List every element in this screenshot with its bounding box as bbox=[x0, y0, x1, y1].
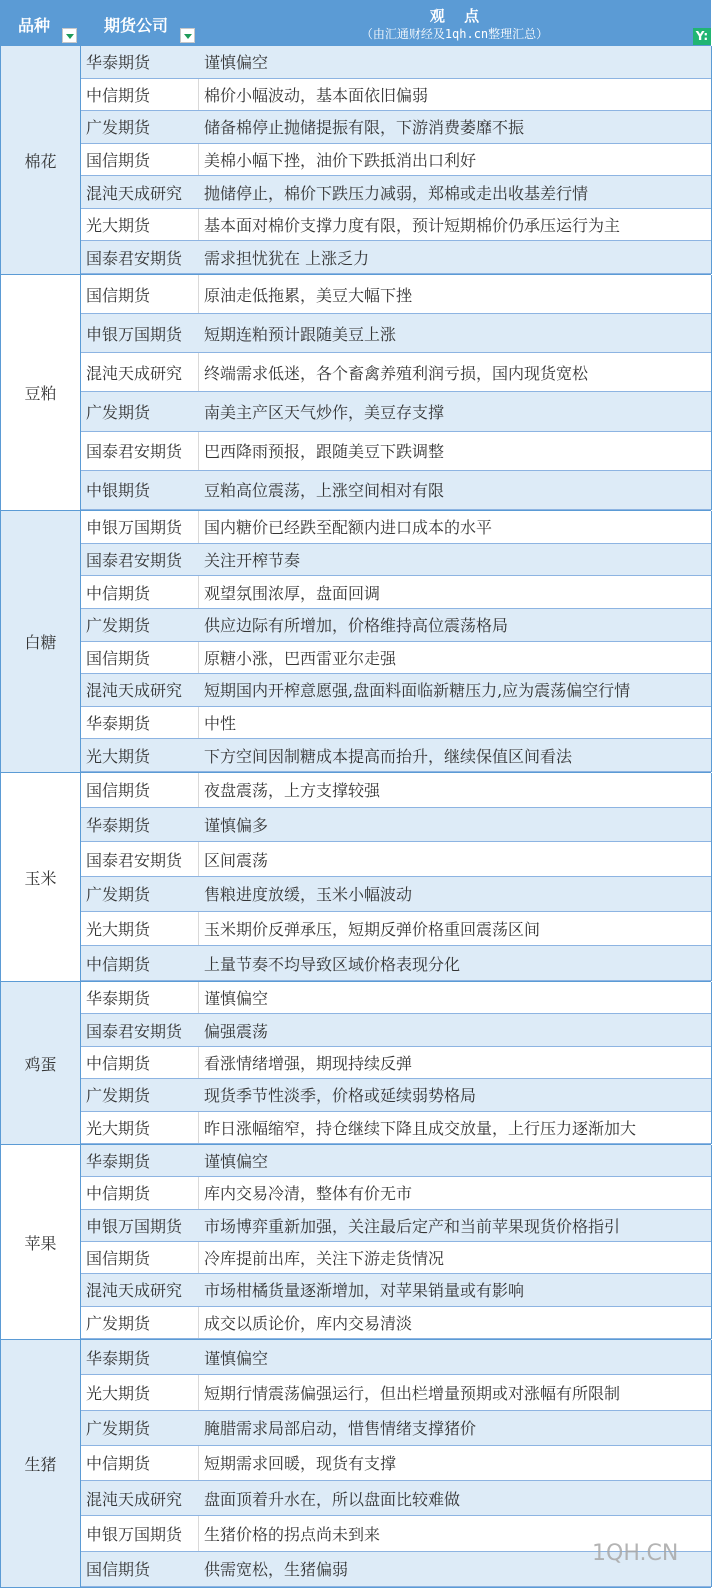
table-row: 混沌天成研究终端需求低迷，各个畜禽养殖利润亏损，国内现货宽松 bbox=[81, 353, 711, 392]
company-cell[interactable]: 国信期货 bbox=[81, 773, 199, 807]
table-header: 品种 期货公司 观 点 （由汇通财经及1qh.cn整理汇总） Y: bbox=[0, 0, 711, 45]
header-company: 期货公司 bbox=[80, 0, 198, 45]
opinion-cell[interactable]: 观望氛围浓厚，盘面回调 bbox=[199, 581, 380, 604]
category-cell[interactable]: 白糖 bbox=[1, 511, 81, 772]
company-cell[interactable]: 申银万国期货 bbox=[81, 1210, 199, 1241]
header-category-label: 品种 bbox=[18, 13, 50, 36]
company-cell[interactable]: 中信期货 bbox=[81, 79, 199, 111]
opinion-cell[interactable]: 短期需求回暖，现货有支撑 bbox=[199, 1451, 396, 1474]
opinion-cell[interactable]: 短期国内开榨意愿强,盘面料面临新糖压力,应为震荡偏空行情 bbox=[199, 678, 630, 701]
table-row: 广发期货腌腊需求局部启动，惜售情绪支撑猪价 bbox=[81, 1411, 711, 1446]
category-group: 白糖申银万国期货国内糖价已经跌至配额内进口成本的水平国泰君安期货关注开榨节奏中信… bbox=[0, 510, 711, 772]
watermark: 1QH.CN bbox=[592, 1541, 678, 1566]
opinion-cell[interactable]: 玉米期价反弹承压，短期反弹价格重回震荡区间 bbox=[199, 917, 540, 940]
company-cell[interactable]: 国泰君安期货 bbox=[81, 544, 199, 576]
category-rows: 华泰期货谨慎偏空中信期货库内交易冷清，整体有价无市申银万国期货市场博弈重新加强，… bbox=[81, 1145, 712, 1339]
company-cell[interactable]: 中信期货 bbox=[81, 1177, 199, 1208]
table-row: 混沌天成研究盘面顶着升水在，所以盘面比较难做 bbox=[81, 1481, 711, 1516]
opinion-cell[interactable]: 售粮进度放缓，玉米小幅波动 bbox=[199, 882, 412, 905]
table-row: 国泰君安期货偏强震荡 bbox=[81, 1014, 711, 1046]
company-cell[interactable]: 光大期货 bbox=[81, 1375, 199, 1409]
table-row: 中信期货短期需求回暖，现货有支撑 bbox=[81, 1446, 711, 1481]
table-row: 混沌天成研究短期国内开榨意愿强,盘面料面临新糖压力,应为震荡偏空行情 bbox=[81, 674, 711, 707]
table-row: 华泰期货谨慎偏空 bbox=[81, 46, 711, 79]
opinion-cell[interactable]: 盘面顶着升水在，所以盘面比较难做 bbox=[199, 1487, 460, 1510]
category-rows: 国信期货夜盘震荡，上方支撑较强华泰期货谨慎偏多国泰君安期货区间震荡广发期货售粮进… bbox=[81, 773, 712, 981]
table-row: 广发期货现货季节性淡季，价格或延续弱势格局 bbox=[81, 1079, 711, 1111]
company-cell[interactable]: 光大期货 bbox=[81, 1112, 199, 1143]
company-cell[interactable]: 华泰期货 bbox=[81, 1340, 199, 1374]
table-row: 光大期货下方空间因制糖成本提高而抬升，继续保值区间看法 bbox=[81, 739, 711, 772]
table-row: 国信期货夜盘震荡，上方支撑较强 bbox=[81, 773, 711, 808]
opinion-cell[interactable]: 抛储停止，棉价下跌压力减弱，郑棉或走出收基差行情 bbox=[199, 181, 588, 204]
table-row: 国泰君安期货关注开榨节奏 bbox=[81, 544, 711, 577]
opinion-cell[interactable]: 原油走低拖累，美豆大幅下挫 bbox=[199, 283, 412, 306]
company-cell[interactable]: 广发期货 bbox=[81, 1411, 199, 1445]
table-row: 申银万国期货市场博弈重新加强，关注最后定产和当前苹果现货价格指引 bbox=[81, 1210, 711, 1242]
table-row: 中信期货棉价小幅波动，基本面依旧偏弱 bbox=[81, 79, 711, 112]
company-cell[interactable]: 广发期货 bbox=[81, 111, 199, 143]
opinion-cell[interactable]: 谨慎偏空 bbox=[199, 1346, 268, 1369]
company-cell[interactable]: 华泰期货 bbox=[81, 808, 199, 842]
category-cell[interactable]: 豆粕 bbox=[1, 275, 81, 510]
company-cell[interactable]: 中信期货 bbox=[81, 1047, 199, 1078]
opinion-cell[interactable]: 市场博弈重新加强，关注最后定产和当前苹果现货价格指引 bbox=[199, 1214, 620, 1237]
company-cell[interactable]: 广发期货 bbox=[81, 609, 199, 641]
opinion-cell[interactable]: 成交以质论价，库内交易清淡 bbox=[199, 1311, 412, 1334]
category-cell[interactable]: 苹果 bbox=[1, 1145, 81, 1339]
header-opinion: 观 点 （由汇通财经及1qh.cn整理汇总） Y: bbox=[198, 0, 711, 45]
company-cell[interactable]: 华泰期货 bbox=[81, 707, 199, 739]
opinion-cell[interactable]: 短期连粕预计跟随美豆上涨 bbox=[199, 322, 396, 345]
opinion-cell[interactable]: 巴西降雨预报，跟随美豆下跌调整 bbox=[199, 439, 444, 462]
company-cell[interactable]: 国泰君安期货 bbox=[81, 1014, 199, 1045]
company-cell[interactable]: 中信期货 bbox=[81, 946, 199, 980]
category-filter-dropdown-icon[interactable] bbox=[62, 28, 77, 43]
table-row: 申银万国期货短期连粕预计跟随美豆上涨 bbox=[81, 314, 711, 353]
company-cell[interactable]: 国信期货 bbox=[81, 275, 199, 313]
company-cell[interactable]: 广发期货 bbox=[81, 392, 199, 430]
company-cell[interactable]: 华泰期货 bbox=[81, 46, 199, 78]
opinion-cell[interactable]: 美棉小幅下挫，油价下跌抵消出口利好 bbox=[199, 148, 476, 171]
table-row: 华泰期货中性 bbox=[81, 707, 711, 740]
company-cell[interactable]: 光大期货 bbox=[81, 912, 199, 946]
opinion-cell[interactable]: 谨慎偏空 bbox=[199, 50, 268, 73]
company-cell[interactable]: 混沌天成研究 bbox=[81, 1481, 199, 1515]
opinion-cell[interactable]: 供应边际有所增加，价格维持高位震荡格局 bbox=[199, 613, 508, 636]
company-cell[interactable]: 光大期货 bbox=[81, 739, 199, 771]
table-row: 光大期货昨日涨幅缩窄，持仓继续下降且成交放量，上行压力逐渐加大 bbox=[81, 1112, 711, 1144]
opinion-cell[interactable]: 基本面对棉价支撑力度有限，预计短期棉价仍承压运行为主 bbox=[199, 213, 620, 236]
category-group: 豆粕国信期货原油走低拖累，美豆大幅下挫申银万国期货短期连粕预计跟随美豆上涨混沌天… bbox=[0, 274, 711, 510]
table-row: 混沌天成研究抛储停止，棉价下跌压力减弱，郑棉或走出收基差行情 bbox=[81, 176, 711, 209]
company-cell[interactable]: 广发期货 bbox=[81, 1307, 199, 1338]
company-cell[interactable]: 国信期货 bbox=[81, 144, 199, 176]
table-row: 国泰君安期货区间震荡 bbox=[81, 842, 711, 877]
opinion-cell[interactable]: 短期行情震荡偏强运行，但出栏增量预期或对涨幅有所限制 bbox=[199, 1381, 620, 1404]
table-row: 光大期货短期行情震荡偏强运行，但出栏增量预期或对涨幅有所限制 bbox=[81, 1375, 711, 1410]
opinion-cell[interactable]: 谨慎偏多 bbox=[199, 813, 268, 836]
opinion-cell[interactable]: 冷库提前出库，关注下游走货情况 bbox=[199, 1246, 444, 1269]
table-row: 华泰期货谨慎偏空 bbox=[81, 982, 711, 1014]
opinion-cell[interactable]: 夜盘震荡，上方支撑较强 bbox=[199, 778, 380, 801]
opinion-cell[interactable]: 供需宽松，生猪偏弱 bbox=[199, 1557, 348, 1580]
table-row: 混沌天成研究市场柑橘货量逐渐增加，对苹果销量或有影响 bbox=[81, 1274, 711, 1306]
table-row: 华泰期货谨慎偏空 bbox=[81, 1340, 711, 1375]
opinion-cell[interactable]: 偏强震荡 bbox=[199, 1019, 268, 1042]
header-company-label: 期货公司 bbox=[104, 13, 168, 36]
header-opinion-title: 观 点 bbox=[198, 5, 711, 26]
opinion-cell[interactable]: 下方空间因制糖成本提高而抬升，继续保值区间看法 bbox=[199, 744, 572, 767]
opinion-cell[interactable]: 上量节奏不均导致区域价格表现分化 bbox=[199, 952, 460, 975]
category-rows: 国信期货原油走低拖累，美豆大幅下挫申银万国期货短期连粕预计跟随美豆上涨混沌天成研… bbox=[81, 275, 712, 510]
table-row: 国信期货冷库提前出库，关注下游走货情况 bbox=[81, 1242, 711, 1274]
active-filter-icon[interactable]: Y: bbox=[693, 28, 711, 45]
table-row: 中信期货看涨情绪增强，期现持续反弹 bbox=[81, 1047, 711, 1079]
company-cell[interactable]: 申银万国期货 bbox=[81, 1516, 199, 1550]
table-row: 广发期货供应边际有所增加，价格维持高位震荡格局 bbox=[81, 609, 711, 642]
company-cell[interactable]: 华泰期货 bbox=[81, 1145, 199, 1176]
table-row: 华泰期货谨慎偏多 bbox=[81, 808, 711, 843]
opinion-cell[interactable]: 国内糖价已经跌至配额内进口成本的水平 bbox=[199, 515, 492, 538]
table-row: 华泰期货谨慎偏空 bbox=[81, 1145, 711, 1177]
company-cell[interactable]: 申银万国期货 bbox=[81, 314, 199, 352]
category-cell[interactable]: 玉米 bbox=[1, 773, 81, 981]
category-cell[interactable]: 棉花 bbox=[1, 46, 81, 274]
header-opinion-subtitle: （由汇通财经及1qh.cn整理汇总） bbox=[198, 25, 711, 42]
table-row: 国信期货原糖小涨，巴西雷亚尔走强 bbox=[81, 642, 711, 675]
opinion-cell[interactable]: 南美主产区天气炒作，美豆存支撑 bbox=[199, 400, 444, 423]
category-group: 玉米国信期货夜盘震荡，上方支撑较强华泰期货谨慎偏多国泰君安期货区间震荡广发期货售… bbox=[0, 772, 711, 981]
opinion-cell[interactable]: 生猪价格的拐点尚未到来 bbox=[199, 1522, 380, 1545]
opinion-cell[interactable]: 谨慎偏空 bbox=[199, 1149, 268, 1172]
table-row: 国泰君安期货需求担忧犹在 上涨乏力 bbox=[81, 241, 711, 274]
opinion-cell[interactable]: 腌腊需求局部启动，惜售情绪支撑猪价 bbox=[199, 1416, 476, 1439]
category-rows: 申银万国期货国内糖价已经跌至配额内进口成本的水平国泰君安期货关注开榨节奏中信期货… bbox=[81, 511, 712, 772]
table-row: 中信期货库内交易冷清，整体有价无市 bbox=[81, 1177, 711, 1209]
company-filter-dropdown-icon[interactable] bbox=[180, 28, 195, 43]
opinion-cell[interactable]: 原糖小涨，巴西雷亚尔走强 bbox=[199, 646, 396, 669]
category-cell[interactable]: 鸡蛋 bbox=[1, 982, 81, 1144]
company-cell[interactable]: 混沌天成研究 bbox=[81, 674, 199, 706]
company-cell[interactable]: 混沌天成研究 bbox=[81, 353, 199, 391]
opinion-cell[interactable]: 谨慎偏空 bbox=[199, 986, 268, 1009]
category-group: 棉花华泰期货谨慎偏空中信期货棉价小幅波动，基本面依旧偏弱广发期货储备棉停止抛储提… bbox=[0, 45, 711, 274]
opinion-cell[interactable]: 库内交易冷清，整体有价无市 bbox=[199, 1181, 412, 1204]
company-cell[interactable]: 国信期货 bbox=[81, 642, 199, 674]
category-group: 鸡蛋华泰期货谨慎偏空国泰君安期货偏强震荡中信期货看涨情绪增强，期现持续反弹广发期… bbox=[0, 981, 711, 1144]
category-rows: 华泰期货谨慎偏空中信期货棉价小幅波动，基本面依旧偏弱广发期货储备棉停止抛储提振有… bbox=[81, 46, 712, 274]
opinion-cell[interactable]: 昨日涨幅缩窄，持仓继续下降且成交放量，上行压力逐渐加大 bbox=[199, 1116, 636, 1139]
company-cell[interactable]: 申银万国期货 bbox=[81, 511, 199, 543]
company-cell[interactable]: 广发期货 bbox=[81, 1079, 199, 1110]
company-cell[interactable]: 中信期货 bbox=[81, 576, 199, 608]
opinion-cell[interactable]: 需求担忧犹在 上涨乏力 bbox=[199, 246, 369, 269]
company-cell[interactable]: 广发期货 bbox=[81, 877, 199, 911]
table-row: 中信期货上量节奏不均导致区域价格表现分化 bbox=[81, 946, 711, 981]
company-cell[interactable]: 中信期货 bbox=[81, 1446, 199, 1480]
table-row: 国信期货原油走低拖累，美豆大幅下挫 bbox=[81, 275, 711, 314]
opinion-cell[interactable]: 终端需求低迷，各个畜禽养殖利润亏损，国内现货宽松 bbox=[199, 361, 588, 384]
table-row: 国信期货美棉小幅下挫，油价下跌抵消出口利好 bbox=[81, 144, 711, 177]
opinion-cell[interactable]: 看涨情绪增强，期现持续反弹 bbox=[199, 1051, 412, 1074]
company-cell[interactable]: 华泰期货 bbox=[81, 982, 199, 1013]
company-cell[interactable]: 混沌天成研究 bbox=[81, 1274, 199, 1305]
table-row: 广发期货储备棉停止抛储提振有限，下游消费萎靡不振 bbox=[81, 111, 711, 144]
company-cell[interactable]: 国泰君安期货 bbox=[81, 432, 199, 470]
company-cell[interactable]: 国信期货 bbox=[81, 1242, 199, 1273]
table-row: 申银万国期货国内糖价已经跌至配额内进口成本的水平 bbox=[81, 511, 711, 544]
table-row: 光大期货基本面对棉价支撑力度有限，预计短期棉价仍承压运行为主 bbox=[81, 209, 711, 242]
table-row: 国泰君安期货巴西降雨预报，跟随美豆下跌调整 bbox=[81, 432, 711, 471]
table-row: 广发期货南美主产区天气炒作，美豆存支撑 bbox=[81, 392, 711, 431]
header-category: 品种 bbox=[0, 0, 80, 45]
table-row: 中银期货豆粕高位震荡，上涨空间相对有限 bbox=[81, 471, 711, 510]
category-rows: 华泰期货谨慎偏空国泰君安期货偏强震荡中信期货看涨情绪增强，期现持续反弹广发期货现… bbox=[81, 982, 712, 1144]
company-cell[interactable]: 国泰君安期货 bbox=[81, 842, 199, 876]
company-cell[interactable]: 国泰君安期货 bbox=[81, 241, 199, 273]
category-group: 苹果华泰期货谨慎偏空中信期货库内交易冷清，整体有价无市申银万国期货市场博弈重新加… bbox=[0, 1144, 711, 1339]
table-row: 广发期货售粮进度放缓，玉米小幅波动 bbox=[81, 877, 711, 912]
opinion-cell[interactable]: 市场柑橘货量逐渐增加，对苹果销量或有影响 bbox=[199, 1278, 524, 1301]
opinion-cell[interactable]: 中性 bbox=[199, 711, 236, 734]
opinion-cell[interactable]: 储备棉停止抛储提振有限，下游消费萎靡不振 bbox=[199, 115, 524, 138]
company-cell[interactable]: 国信期货 bbox=[81, 1552, 199, 1586]
table-row: 光大期货玉米期价反弹承压，短期反弹价格重回震荡区间 bbox=[81, 912, 711, 947]
opinion-cell[interactable]: 现货季节性淡季，价格或延续弱势格局 bbox=[199, 1083, 476, 1106]
opinion-cell[interactable]: 豆粕高位震荡，上涨空间相对有限 bbox=[199, 478, 444, 501]
table-row: 中信期货观望氛围浓厚，盘面回调 bbox=[81, 576, 711, 609]
table-bottom-border bbox=[0, 1587, 711, 1588]
table-row: 广发期货成交以质论价，库内交易清淡 bbox=[81, 1307, 711, 1339]
opinion-cell[interactable]: 棉价小幅波动，基本面依旧偏弱 bbox=[199, 83, 428, 106]
category-cell[interactable]: 生猪 bbox=[1, 1340, 81, 1587]
company-cell[interactable]: 中银期货 bbox=[81, 471, 199, 509]
company-cell[interactable]: 混沌天成研究 bbox=[81, 176, 199, 208]
company-cell[interactable]: 光大期货 bbox=[81, 209, 199, 241]
opinion-cell[interactable]: 区间震荡 bbox=[199, 848, 268, 871]
opinion-cell[interactable]: 关注开榨节奏 bbox=[199, 548, 300, 571]
